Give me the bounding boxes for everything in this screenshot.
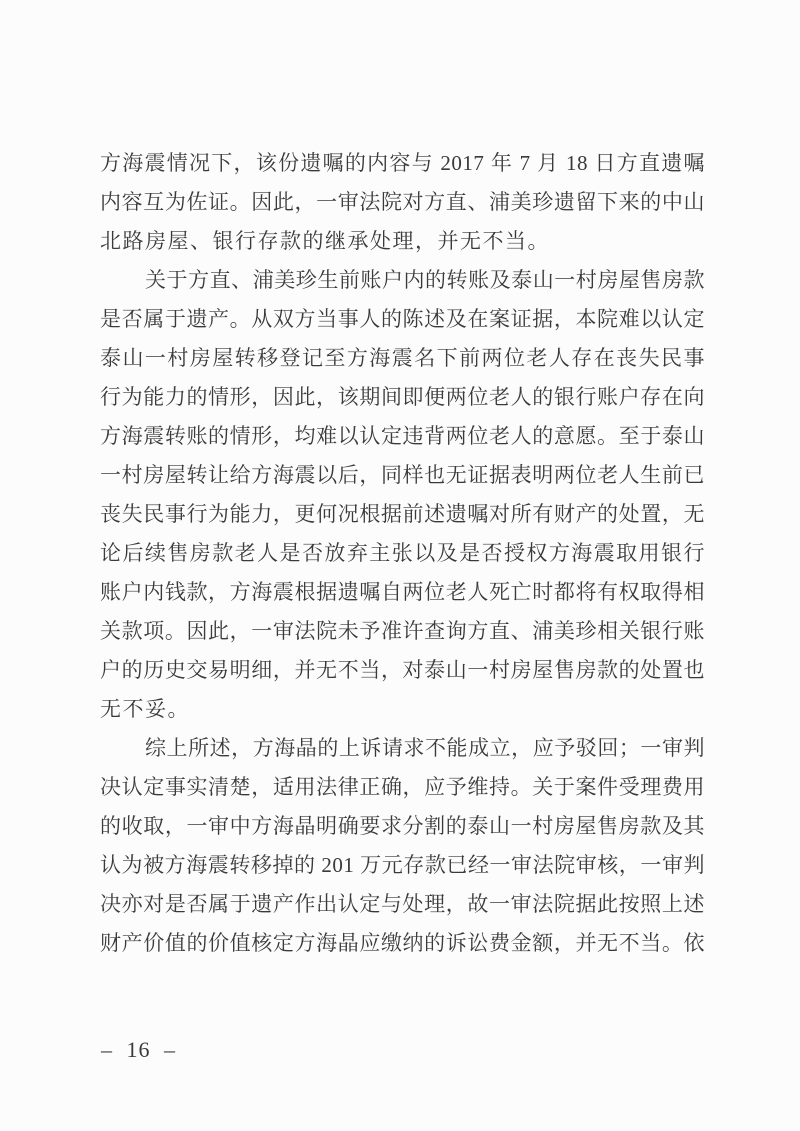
text-line: 一村房屋转让给方海震以后，同样也无证据表明两位老人生前已: [100, 456, 705, 495]
text-line: 方海震情况下，该份遗嘱的内容与 2017 年 7 月 18 日方直遗嘱的: [100, 144, 705, 183]
text-line: 关于方直、浦美珍生前账户内的转账及泰山一村房屋售房款: [100, 261, 705, 300]
text-line: 认为被方海震转移掉的 201 万元存款已经一审法院审核，一审判: [100, 846, 705, 885]
text-line: 方海震转账的情形，均难以认定违背两位老人的意愿。至于泰山: [100, 417, 705, 456]
text-line: 是否属于遗产。从双方当事人的陈述及在案证据，本院难以认定: [100, 300, 705, 339]
text-line: 的收取，一审中方海晶明确要求分割的泰山一村房屋售房款及其: [100, 807, 705, 846]
text-line: 丧失民事行为能力，更何况根据前述遗嘱对所有财产的处置，无: [100, 495, 705, 534]
document-page: 方海震情况下，该份遗嘱的内容与 2017 年 7 月 18 日方直遗嘱的内容互为…: [0, 0, 800, 1131]
text-line: 北路房屋、银行存款的继承处理，并无不当。: [100, 222, 705, 261]
text-line: 泰山一村房屋转移登记至方海震名下前两位老人存在丧失民事: [100, 339, 705, 378]
page-number: – 16 –: [101, 1036, 176, 1064]
text-line: 无不妥。: [100, 690, 705, 729]
text-line: 内容互为佐证。因此，一审法院对方直、浦美珍遗留下来的中山: [100, 183, 705, 222]
text-line: 综上所述，方海晶的上诉请求不能成立，应予驳回；一审判: [100, 729, 705, 768]
text-line: 财产价值的价值核定方海晶应缴纳的诉讼费金额，并无不当。依: [100, 924, 705, 963]
text-line: 行为能力的情形，因此，该期间即便两位老人的银行账户存在向: [100, 378, 705, 417]
text-line: 关款项。因此，一审法院未予准许查询方直、浦美珍相关银行账: [100, 612, 705, 651]
text-line: 决亦对是否属于遗产作出认定与处理，故一审法院据此按照上述: [100, 885, 705, 924]
text-line: 决认定事实清楚，适用法律正确，应予维持。关于案件受理费用: [100, 768, 705, 807]
text-line: 户的历史交易明细，并无不当，对泰山一村房屋售房款的处置也: [100, 651, 705, 690]
text-line: 账户内钱款，方海震根据遗嘱自两位老人死亡时都将有权取得相: [100, 573, 705, 612]
body-text: 方海震情况下，该份遗嘱的内容与 2017 年 7 月 18 日方直遗嘱的内容互为…: [100, 144, 705, 963]
text-line: 论后续售房款老人是否放弃主张以及是否授权方海震取用银行: [100, 534, 705, 573]
